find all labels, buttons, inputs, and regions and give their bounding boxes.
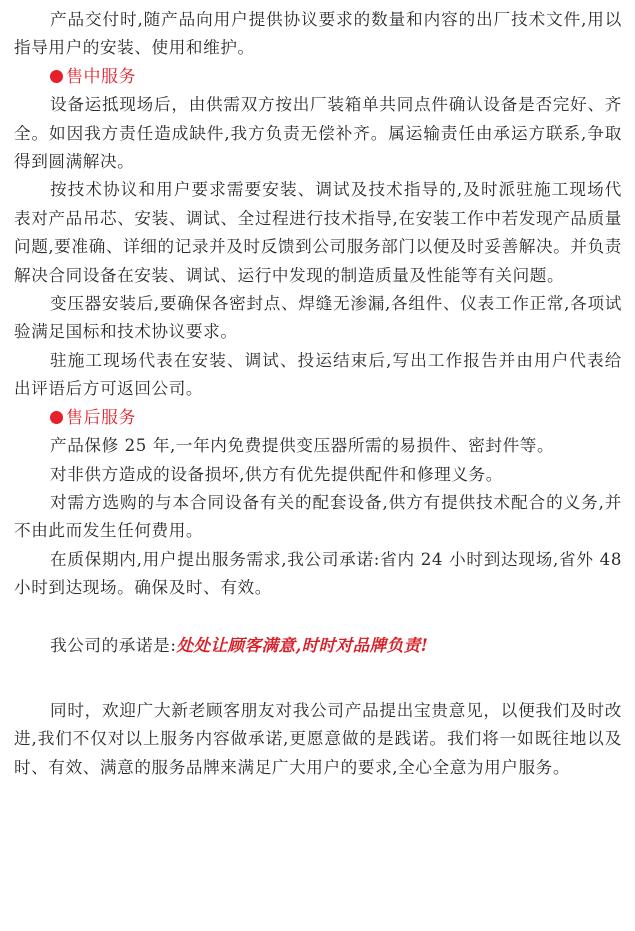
document-page: 产品交付时,随产品向用户提供协议要求的数量和内容的出厂技术文件,用以指导用户的安… — [14, 6, 622, 782]
paragraph: 对需方选购的与本合同设备有关的配套设备,供方有提供技术配合的义务,并不由此而发生… — [14, 489, 622, 546]
closing-paragraph: 同时，欢迎广大新老顾客朋友对我公司产品提出宝贵意见，以便我们及时改进,我们不仅对… — [14, 697, 622, 782]
bullet-dot-icon — [50, 70, 63, 83]
intro-paragraph: 产品交付时,随产品向用户提供协议要求的数量和内容的出厂技术文件,用以指导用户的安… — [14, 6, 622, 63]
section-heading-in-sale: 售中服务 — [50, 63, 622, 91]
section-heading-label: 售中服务 — [66, 67, 136, 87]
bullet-dot-icon — [50, 411, 63, 424]
promise-label: 我公司的承诺是: — [50, 636, 177, 655]
promise-slogan: 处处让顾客满意,时时对品牌负责! — [177, 635, 429, 655]
paragraph: 设备运抵现场后，由供需双方按出厂装箱单共同点件确认设备是否完好、齐全。如因我方责… — [14, 91, 622, 176]
paragraph: 对非供方造成的设备损坏,供方有优先提供配件和修理义务。 — [14, 461, 622, 489]
paragraph: 驻施工现场代表在安装、调试、投运结束后,写出工作报告并由用户代表给出评语后方可返… — [14, 347, 622, 404]
paragraph: 产品保修 25 年,一年内免费提供变压器所需的易损件、密封件等。 — [14, 432, 622, 460]
section-heading-label: 售后服务 — [66, 408, 136, 428]
paragraph: 变压器安装后,要确保各密封点、焊缝无渗漏,各组件、仪表工作正常,各项试验满足国标… — [14, 290, 622, 347]
promise-line: 我公司的承诺是:处处让顾客满意,时时对品牌负责! — [14, 631, 622, 660]
paragraph: 按技术协议和用户要求需要安装、调试及技术指导的,及时派驻施工现场代表对产品吊芯、… — [14, 176, 622, 290]
paragraph: 在质保期内,用户提出服务需求,我公司承诺:省内 24 小时到达现场,省外 48 … — [14, 546, 622, 603]
section-heading-after-sale: 售后服务 — [50, 404, 622, 432]
